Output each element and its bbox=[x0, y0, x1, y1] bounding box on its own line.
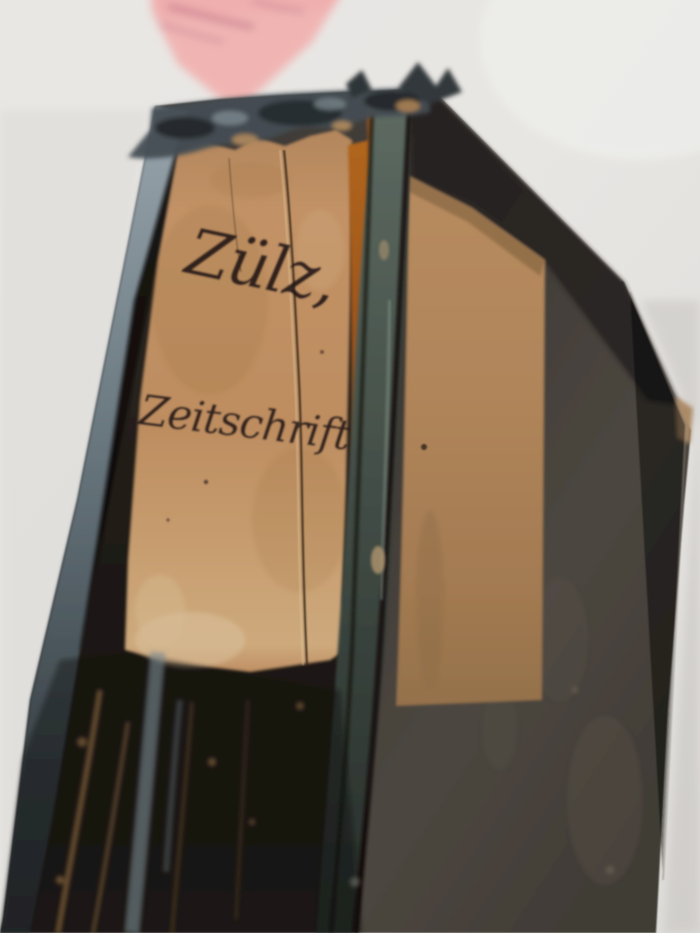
joint-paper-chip bbox=[379, 240, 389, 260]
photo-canvas: Zülz, Zeitschrift bbox=[0, 0, 700, 933]
label-wormhole bbox=[421, 444, 427, 450]
photo-of-old-book: Zülz, Zeitschrift bbox=[0, 0, 700, 933]
ink-speck bbox=[204, 480, 208, 484]
front-cover-label-shading bbox=[416, 510, 444, 690]
joint-paper-chip bbox=[371, 546, 385, 574]
ink-speck bbox=[166, 518, 169, 521]
ink-speck bbox=[320, 350, 324, 354]
spine-lower-shadow bbox=[0, 652, 362, 933]
